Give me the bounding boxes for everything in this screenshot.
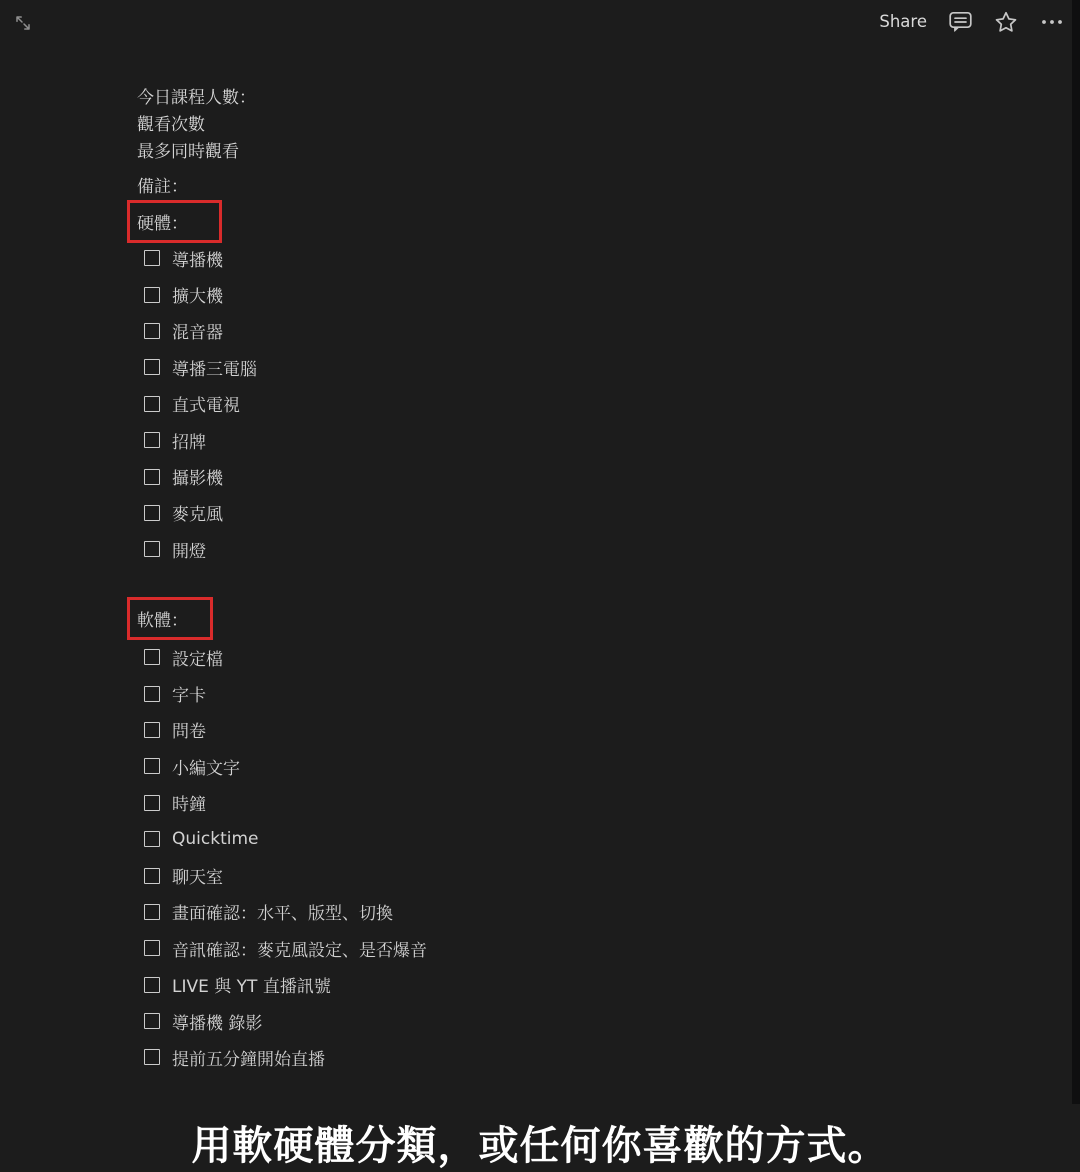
intro-line-concurrent: 最多同時觀看: [137, 139, 256, 166]
todo-item: 字卡: [144, 675, 427, 711]
notion-page: Share: [0, 0, 1080, 1172]
software-checklist: 設定檔 字卡 問卷 小編文字 時鐘 Quicktime 聊天室 畫面確認：水平、…: [144, 639, 427, 1076]
checkbox[interactable]: [144, 1049, 160, 1065]
todo-label: 音訊確認：麥克風設定、是否爆音: [172, 936, 427, 961]
intro-line-views: 觀看次數: [137, 112, 256, 139]
todo-item: 攝影機: [144, 458, 257, 494]
checkbox[interactable]: [144, 359, 160, 375]
todo-label: 時鐘: [172, 790, 206, 815]
intro-line-attendance: 今日課程人數：: [137, 85, 256, 112]
checkbox[interactable]: [144, 287, 160, 303]
todo-item: 直式電視: [144, 386, 257, 422]
todo-label: 聊天室: [172, 863, 223, 888]
checkbox[interactable]: [144, 904, 160, 920]
todo-item: 麥克風: [144, 495, 257, 531]
checkbox[interactable]: [144, 831, 160, 847]
todo-label: 直式電視: [172, 391, 240, 416]
todo-label: 問卷: [172, 717, 206, 742]
checkbox[interactable]: [144, 469, 160, 485]
checkbox[interactable]: [144, 250, 160, 266]
todo-label: 導播三電腦: [172, 355, 257, 380]
favorite-button[interactable]: [994, 11, 1018, 34]
todo-label: 招牌: [172, 428, 206, 453]
checkbox[interactable]: [144, 323, 160, 339]
todo-item: 時鐘: [144, 785, 427, 821]
more-button[interactable]: [1039, 10, 1065, 34]
todo-item: 混音器: [144, 313, 257, 349]
remark-line: 備註：: [137, 174, 188, 201]
ellipsis-icon: [1039, 10, 1065, 34]
todo-item: Quicktime: [144, 821, 427, 857]
todo-label: 小編文字: [172, 754, 240, 779]
todo-label: 畫面確認：水平、版型、切換: [172, 899, 393, 924]
todo-item: 音訊確認：麥克風設定、是否爆音: [144, 930, 427, 966]
todo-label: 設定檔: [172, 645, 223, 670]
todo-item: 導播機 錄影: [144, 1003, 427, 1039]
checkbox[interactable]: [144, 722, 160, 738]
todo-item: 開燈: [144, 531, 257, 567]
checkbox[interactable]: [144, 432, 160, 448]
intro-block: 今日課程人數： 觀看次數 最多同時觀看: [137, 85, 256, 167]
checkbox[interactable]: [144, 1013, 160, 1029]
todo-item: 聊天室: [144, 857, 427, 893]
comments-button[interactable]: [948, 10, 973, 34]
todo-label: 混音器: [172, 318, 223, 343]
hardware-section-title: 硬體：: [137, 209, 188, 234]
todo-item: 招牌: [144, 422, 257, 458]
checkbox[interactable]: [144, 977, 160, 993]
todo-item: 畫面確認：水平、版型、切換: [144, 894, 427, 930]
topbar-actions: Share: [879, 0, 1065, 44]
todo-label: 麥克風: [172, 500, 223, 525]
checkbox[interactable]: [144, 795, 160, 811]
todo-label: LIVE 與 YT 直播訊號: [172, 972, 331, 997]
todo-item: 擴大機: [144, 276, 257, 312]
checkbox[interactable]: [144, 505, 160, 521]
todo-label: 攝影機: [172, 464, 223, 489]
todo-label: 提前五分鐘開始直播: [172, 1045, 325, 1070]
software-section-title: 軟體：: [137, 606, 188, 631]
comment-bubble-icon: [948, 10, 973, 34]
todo-item: 設定檔: [144, 639, 427, 675]
todo-label: Quicktime: [172, 829, 258, 849]
checkbox[interactable]: [144, 541, 160, 557]
todo-label: 字卡: [172, 681, 206, 706]
todo-item: 導播機: [144, 240, 257, 276]
checkbox[interactable]: [144, 396, 160, 412]
todo-label: 開燈: [172, 537, 206, 562]
topbar: Share: [0, 0, 1080, 44]
hardware-section-title-annotation: 硬體：: [127, 200, 222, 243]
todo-item: 問卷: [144, 712, 427, 748]
caption-text: 用軟硬體分類，或任何你喜歡的方式。: [0, 1114, 1080, 1171]
todo-label: 擴大機: [172, 282, 223, 307]
checkbox[interactable]: [144, 940, 160, 956]
todo-label: 導播機: [172, 246, 223, 271]
software-section-title-annotation: 軟體：: [127, 597, 213, 640]
todo-label: 導播機 錄影: [172, 1009, 262, 1034]
hardware-checklist: 導播機 擴大機 混音器 導播三電腦 直式電視 招牌 攝影機 麥克風 開燈: [144, 240, 257, 568]
todo-item: 提前五分鐘開始直播: [144, 1039, 427, 1075]
todo-item: LIVE 與 YT 直播訊號: [144, 967, 427, 1003]
star-icon: [994, 11, 1018, 34]
checkbox[interactable]: [144, 649, 160, 665]
expand-icon[interactable]: [13, 13, 33, 33]
checkbox[interactable]: [144, 758, 160, 774]
todo-item: 小編文字: [144, 748, 427, 784]
share-button[interactable]: Share: [879, 0, 927, 44]
todo-item: 導播三電腦: [144, 349, 257, 385]
scrollbar[interactable]: [1072, 0, 1080, 1104]
checkbox[interactable]: [144, 868, 160, 884]
checkbox[interactable]: [144, 686, 160, 702]
